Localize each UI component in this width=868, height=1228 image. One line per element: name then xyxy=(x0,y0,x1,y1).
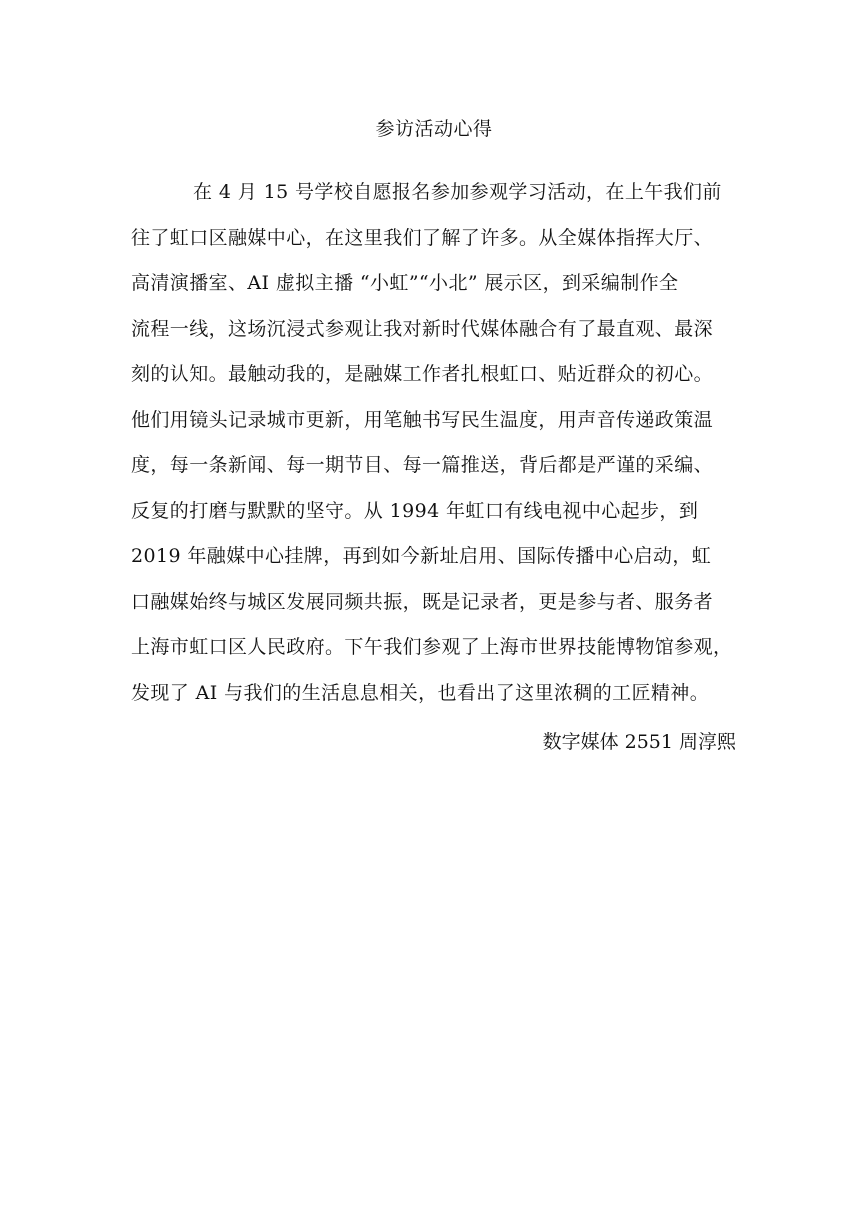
document-title: 参访活动心得 xyxy=(0,116,868,142)
author-signature: 数字媒体 2551 周淳熙 xyxy=(543,729,736,755)
paragraph-line: 发现了 AI 与我们的生活息息相关，也看出了这里浓稠的工匠精神。 xyxy=(131,671,741,717)
paragraph-line: 在 4 月 15 号学校自愿报名参加参观学习活动，在上午我们前 xyxy=(131,170,741,216)
paragraph-line: 口融媒始终与城区发展同频共振，既是记录者，更是参与者、服务者 xyxy=(131,580,741,626)
paragraph-line: 往了虹口区融媒中心，在这里我们了解了许多。从全媒体指挥大厅、 xyxy=(131,216,741,262)
paragraph-line: 他们用镜头记录城市更新，用笔触书写民生温度，用声音传递政策温 xyxy=(131,398,741,444)
document-page: 参访活动心得 在 4 月 15 号学校自愿报名参加参观学习活动，在上午我们前 往… xyxy=(0,0,868,1228)
paragraph-line: 2019 年融媒中心挂牌，再到如今新址启用、国际传播中心启动，虹 xyxy=(131,534,741,580)
body-paragraph: 在 4 月 15 号学校自愿报名参加参观学习活动，在上午我们前 往了虹口区融媒中… xyxy=(131,170,741,716)
paragraph-line: 流程一线，这场沉浸式参观让我对新时代媒体融合有了最直观、最深 xyxy=(131,307,741,353)
paragraph-line: 高清演播室、AI 虚拟主播 “小虹”“小北” 展示区，到采编制作全 xyxy=(131,261,741,307)
paragraph-line: 反复的打磨与默默的坚守。从 1994 年虹口有线电视中心起步，到 xyxy=(131,489,741,535)
paragraph-line: 度，每一条新闻、每一期节目、每一篇推送，背后都是严谨的采编、 xyxy=(131,443,741,489)
paragraph-line: 刻的认知。最触动我的，是融媒工作者扎根虹口、贴近群众的初心。 xyxy=(131,352,741,398)
paragraph-line: 上海市虹口区人民政府。下午我们参观了上海市世界技能博物馆参观， xyxy=(131,625,741,671)
